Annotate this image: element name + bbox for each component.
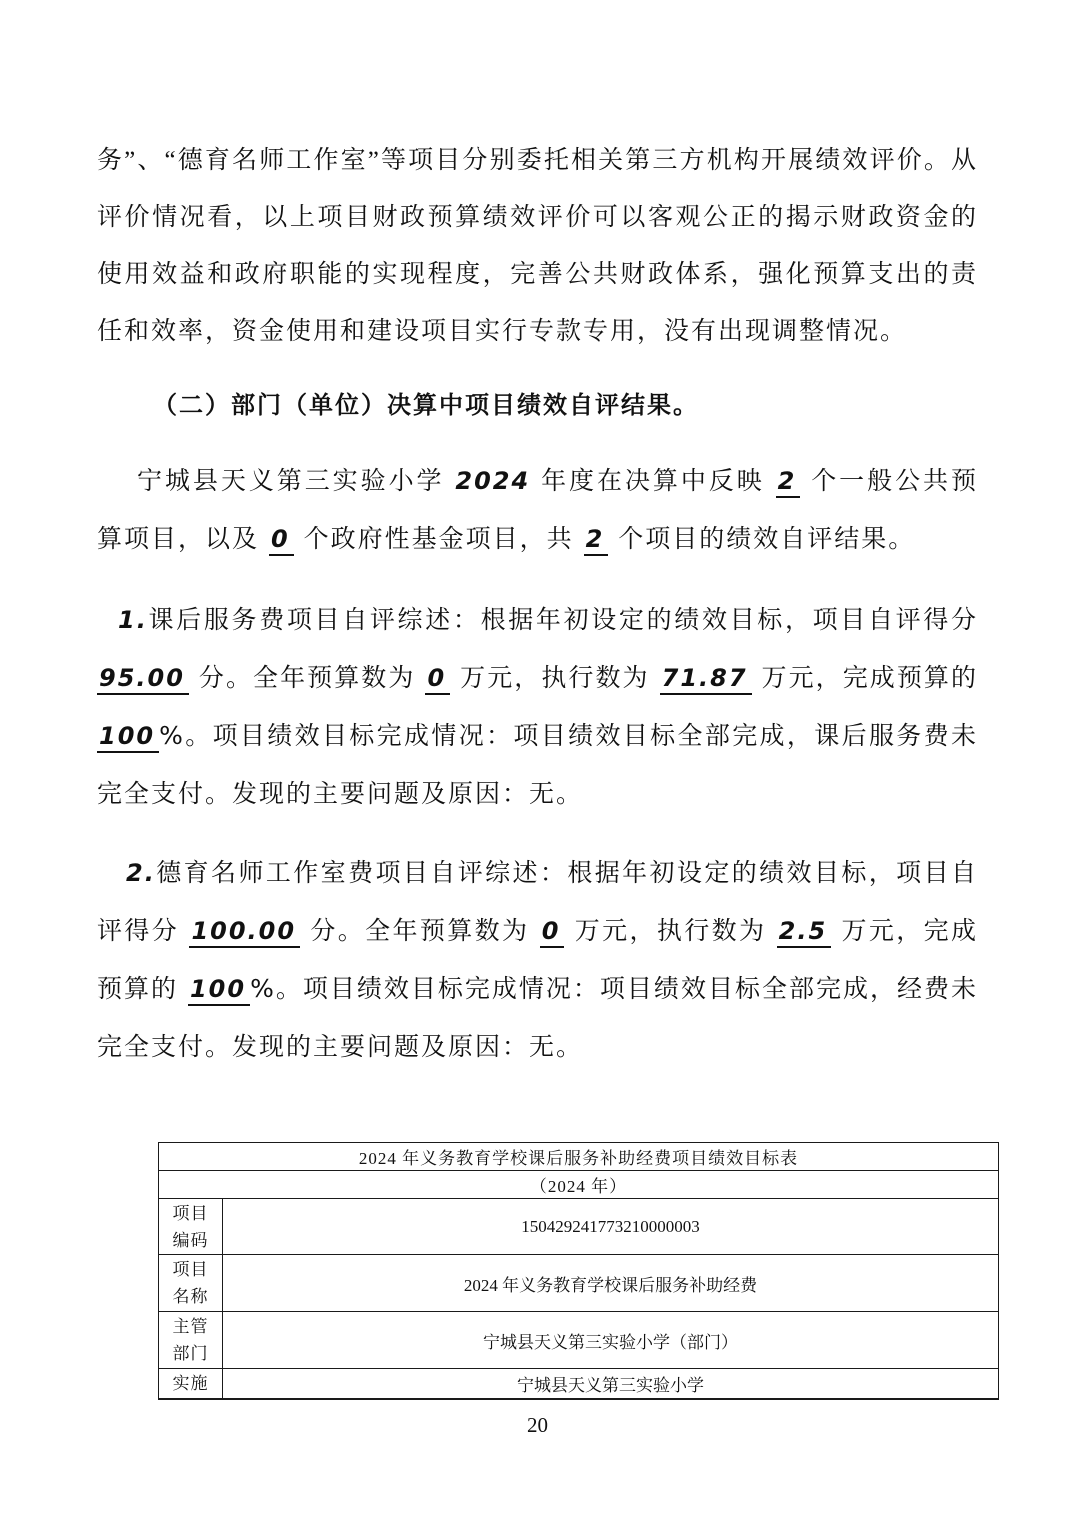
implementing-label: 实施	[159, 1369, 223, 1400]
paragraph-third-party-evaluation: 务”、“德育名师工作室”等项目分别委托相关第三方机构开展绩效评价。从评价情况看，…	[97, 132, 978, 360]
table-row: （2024 年）	[159, 1171, 999, 1199]
handwritten-number-underlined: 71.87	[660, 664, 752, 695]
handwritten-number-underlined: 0	[425, 664, 450, 695]
table-row: 实施 宁城县天义第三实验小学	[159, 1369, 999, 1400]
project-code-label: 项目 编码	[159, 1199, 223, 1255]
page-content: 务”、“德育名师工作室”等项目分别委托相关第三方机构开展绩效评价。从评价情况看，…	[0, 0, 1074, 1438]
text-segment: 万元，执行数为	[564, 916, 776, 945]
handwritten-number: 1.	[118, 606, 148, 634]
handwritten-number-underlined: 2	[584, 525, 609, 556]
supervising-dept-label: 主管 部门	[159, 1312, 223, 1369]
project-code-value: 150429241773210000003	[223, 1199, 999, 1255]
project-name-label: 项目 名称	[159, 1255, 223, 1312]
supervising-dept-value: 宁城县天义第三实验小学（部门）	[223, 1312, 999, 1369]
text-segment: 个政府性基金项目，共	[294, 524, 584, 553]
table-subtitle: （2024 年）	[159, 1171, 999, 1199]
handwritten-number-underlined: 2	[776, 467, 801, 498]
paragraph-project2-self-eval: 2.德育名师工作室费项目自评综述：根据年初设定的绩效目标，项目自评得分 100.…	[97, 844, 978, 1075]
document-page: 务”、“德育名师工作室”等项目分别委托相关第三方机构开展绩效评价。从评价情况看，…	[0, 0, 1074, 1520]
text-segment: 年度在决算中反映	[530, 466, 775, 495]
handwritten-number: 2024	[455, 467, 530, 495]
text-segment: %。项目绩效目标完成情况：项目绩效目标全部完成，课后服务费未完全支付。发现的主要…	[97, 721, 978, 808]
text-segment: 万元，执行数为	[450, 663, 659, 692]
paragraph-self-eval-summary: 宁城县天义第三实验小学 2024 年度在决算中反映 2 个一般公共预算项目，以及…	[97, 452, 978, 568]
table-row: 主管 部门 宁城县天义第三实验小学（部门）	[159, 1312, 999, 1369]
handwritten-number-underlined: 2.5	[777, 917, 832, 948]
project-name-value: 2024 年义务教育学校课后服务补助经费	[223, 1255, 999, 1312]
text-segment: 宁城县天义第三实验小学	[137, 466, 455, 495]
handwritten-number-underlined: 100	[97, 722, 159, 753]
paragraph-project1-self-eval: 1.课后服务费项目自评综述：根据年初设定的绩效目标，项目自评得分 95.00 分…	[97, 591, 978, 822]
table-row: 2024 年义务教育学校课后服务补助经费项目绩效目标表	[159, 1143, 999, 1171]
handwritten-number-underlined: 0	[269, 525, 294, 556]
text-segment: 分。全年预算数为	[189, 663, 426, 692]
page-number: 20	[97, 1413, 978, 1438]
performance-target-table: 2024 年义务教育学校课后服务补助经费项目绩效目标表 （2024 年） 项目 …	[158, 1142, 999, 1400]
section-heading: （二）部门（单位）决算中项目绩效自评结果。	[97, 377, 978, 434]
handwritten-number-underlined: 100.00	[189, 917, 300, 948]
table-row: 项目 编码 150429241773210000003	[159, 1199, 999, 1255]
implementing-value: 宁城县天义第三实验小学	[223, 1369, 999, 1400]
handwritten-number-underlined: 95.00	[97, 664, 189, 695]
handwritten-number-underlined: 100	[188, 975, 250, 1006]
text-segment: 个项目的绩效自评结果。	[608, 524, 915, 553]
table-title: 2024 年义务教育学校课后服务补助经费项目绩效目标表	[159, 1143, 999, 1171]
handwritten-number-underlined: 0	[540, 917, 565, 948]
handwritten-number: 2.	[126, 859, 156, 887]
text-segment: 万元，完成预算的	[752, 663, 978, 692]
text-segment: 分。全年预算数为	[300, 916, 540, 945]
table-row: 项目 名称 2024 年义务教育学校课后服务补助经费	[159, 1255, 999, 1312]
text-segment: 课后服务费项目自评综述：根据年初设定的绩效目标，项目自评得分	[148, 605, 978, 634]
